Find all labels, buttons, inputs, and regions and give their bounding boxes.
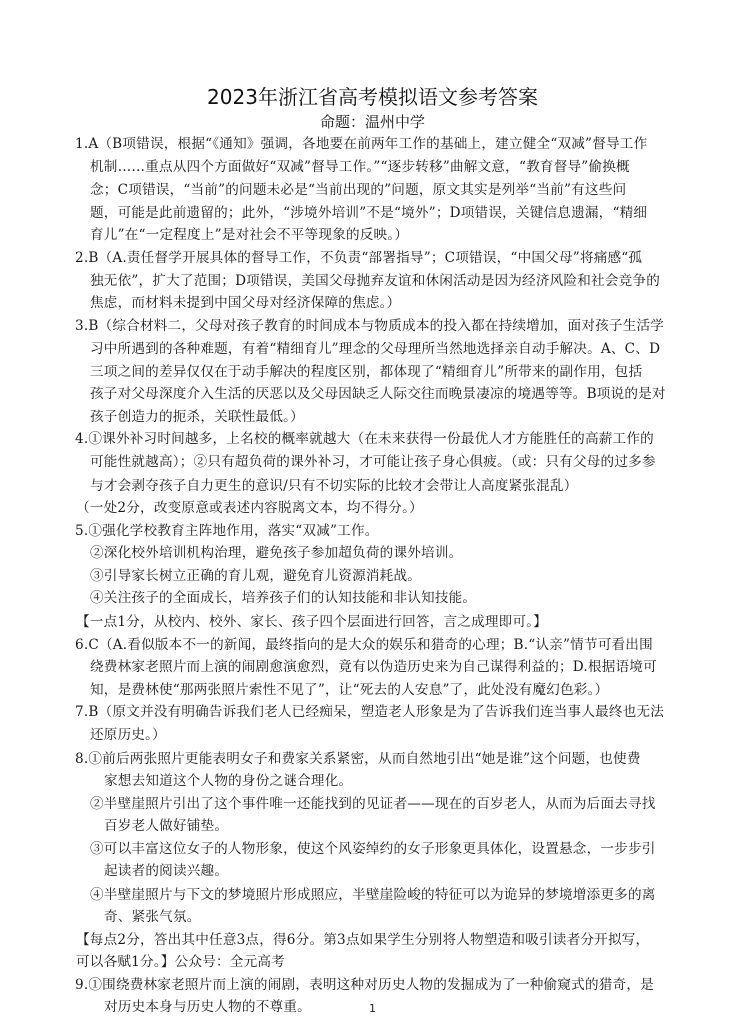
text-line: 【一点1分，从校内、校外、家长、孩子四个层面进行回答，言之成理即可。】: [76, 612, 547, 632]
text-line: 机制……重点从四个方面做好“双减”督导工作。”“逐步转移”曲解文意，“教育督导”…: [90, 157, 630, 177]
text-line: 题，可能是此前遗留的；此外，“涉境外培训”不是“境外”；D项错误，关键信息遗漏，…: [90, 203, 647, 223]
page-number: 1: [0, 1002, 745, 1015]
text-line: 4.①课外补习时间越多，上名校的概率就越大（在未来获得一份最优人才方能胜任的高薪…: [75, 429, 654, 449]
text-line: 与才会剥夺孩子自力更生的意识/只有不切实际的比较才会带让人高度紧张混乱）: [90, 476, 578, 496]
text-line: 奇、紧张气氛。: [104, 907, 201, 927]
text-line: （一处2分，改变原意或表述内容脱离文本，均不得分。）: [76, 498, 423, 518]
text-line: ②半壁崖照片引出了这个事件唯一还能找到的见证者——现在的百岁老人，从而为后面去寻…: [90, 794, 656, 814]
document-title: 2023年浙江省高考模拟语文参考答案: [0, 84, 745, 110]
text-line: 2.B（A.责任督学开展具体的督导工作，不负责“部署指导”；C项错误，“中国父母…: [75, 248, 642, 268]
text-line: 孩子创造力的扼杀，关联性最低。）: [90, 407, 304, 427]
text-line: 9.①围绕费林家老照片而上演的闹剧，表明这种对历史人物的发掘成为了一种偷窥式的猎…: [75, 975, 654, 995]
document-page: 2023年浙江省高考模拟语文参考答案 命题：温州中学 1.A（B项错误，根据“《…: [0, 0, 745, 1032]
text-line: ②深化校外培训机构治理，避免孩子参加超负荷的课外培训。: [90, 543, 462, 563]
text-line: 百岁老人做好铺垫。: [104, 816, 228, 836]
text-line: 1.A（B项错误，根据“《通知》强调，各地要在前两年工作的基础上，建立健全“双减…: [75, 134, 647, 154]
text-line: 知，是费林使“那两张照片索性不见了”，让“死去的人安息”了，此处没有魔幻色彩。）: [90, 680, 608, 700]
text-line: 独无依”，扩大了范围；D项错误，美国父母抛弃友谊和休闲活动是因为经济风险和社会竞…: [90, 271, 660, 291]
text-line: 绕费林家老照片而上演的闹剧愈演愈烈，竟有以伪造历史来为自己谋得利益的；D.根据语…: [90, 657, 657, 677]
text-line: 【每点2分，答出其中任意3点，得6分。第3点如果学生分别将人物塑造和吸引读者分开…: [76, 930, 649, 950]
text-line: 5.①强化学校教育主阵地作用，落实“双减”工作。: [75, 521, 379, 541]
text-line: ④半壁崖照片与下文的梦境照片形成照应，半壁崖险峻的特征可以为诡异的梦境增添更多的…: [90, 885, 656, 905]
text-line: 6.C（A.看似版本不一的新闻，最终指向的是大众的娱乐和猎奇的心理；B.“认亲”…: [75, 635, 653, 655]
text-line: 念；C项错误，“当前”的问题未必是“当前出现的”问题，原文其实是列举“当前”有这…: [90, 180, 626, 200]
document-subtitle: 命题：温州中学: [0, 111, 745, 133]
text-line: 可以各赋1分。】公众号：全元高考: [76, 952, 285, 972]
text-line: 可能性就越高）；②只有超负荷的课外补习，才可能让孩子身心俱疲。（或：只有父母的过…: [90, 452, 656, 472]
text-line: ③可以丰富这位女子的人物形象，使这个风姿绰约的女子形象更具体化，设置悬念，一步步…: [90, 839, 656, 859]
text-line: 习中所遇到的各种难题，有着“精细育儿”理念的父母理所当然地选择亲自动手解决。A、…: [90, 339, 660, 359]
text-line: 焦虑，而材料未提到中国父母对经济保障的焦虑。）: [90, 293, 400, 313]
text-line: 3.B（综合材料二，父母对孩子教育的时间成本与物质成本的投入都在持续增加，面对孩…: [75, 316, 664, 336]
text-line: ④关注孩子的全面成长，培养孩子们的认知技能和非认知技能。: [90, 588, 476, 608]
text-line: 还原历史。）: [90, 725, 166, 745]
text-line: 育儿”在“一定程度上”是对社会不平等现象的反映。）: [90, 225, 408, 245]
text-line: 7.B（原文并没有明确告诉我们老人已经痴呆，塑造老人形象是为了告诉我们连当事人最…: [75, 702, 664, 722]
text-line: 三项之间的差异仅仅在于动手解决的程度区别，都体现了“精细育儿”所带来的副作用，包…: [90, 362, 642, 382]
text-line: 家想去知道这个人物的身份之谜合理化。: [104, 771, 352, 791]
text-line: 起读者的阅读兴趣。: [104, 861, 228, 881]
text-line: 孩子对父母深度介入生活的厌恶以及父母因缺乏人际交往而晚景凄凉的境遇等等。B项说的…: [90, 384, 666, 404]
text-line: ③引导家长树立正确的育儿观，避免育儿资源消耗战。: [90, 566, 421, 586]
text-line: 8.①前后两张照片更能表明女子和费家关系紧密，从而自然地引出“她是谁”这个问题，…: [75, 749, 641, 769]
